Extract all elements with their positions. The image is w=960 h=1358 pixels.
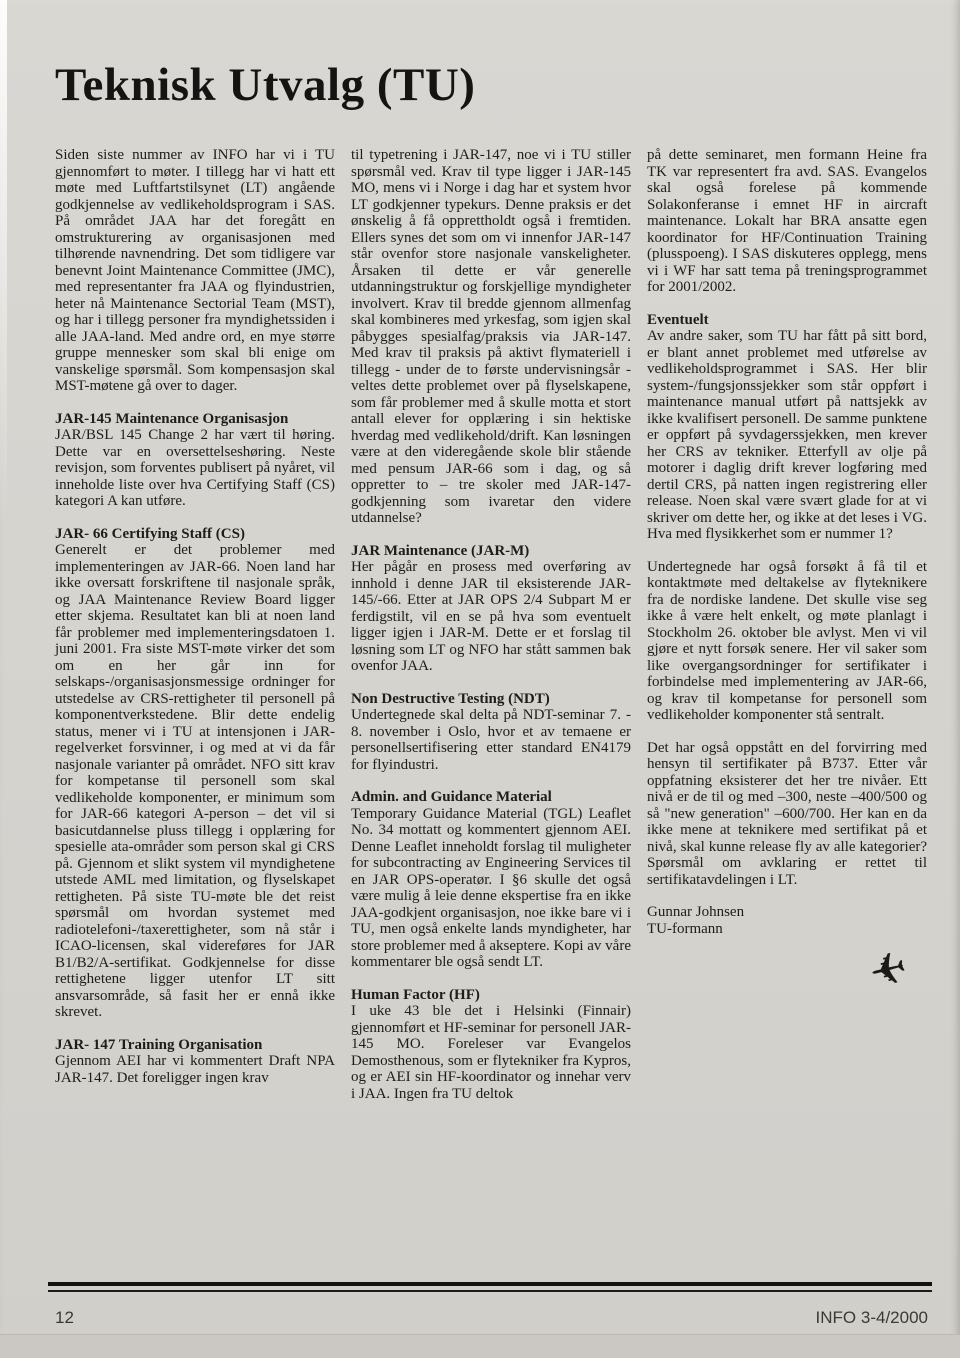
footer-rule (48, 1282, 932, 1292)
paragraph: Her pågår en prosess med overføring av i… (351, 559, 631, 675)
scanned-newsletter-page: Teknisk Utvalg (TU) Siden siste nummer a… (0, 0, 960, 1358)
footer: 12 INFO 3-4/2000 (55, 1308, 928, 1328)
section-heading: Human Factor (HF) (351, 987, 631, 1004)
section-heading: Non Destructive Testing (NDT) (351, 691, 631, 708)
paragraph: Siden siste nummer av INFO har vi i TU g… (55, 147, 335, 395)
page-number: 12 (55, 1308, 74, 1328)
issue-label: INFO 3-4/2000 (816, 1308, 928, 1328)
signature: Gunnar Johnsen TU-formann (647, 904, 927, 937)
column-2: til typetrening i JAR-147, noe vi i TU s… (351, 147, 631, 1102)
paragraph: Det har også oppstått en del forvirring … (647, 740, 927, 889)
paragraph: Generelt er det problemer med implemente… (55, 542, 335, 1021)
paragraph: Undertegnede skal delta på NDT-seminar 7… (351, 707, 631, 773)
airplane-icon: ✈ (865, 945, 911, 997)
section-heading: Admin. and Guidance Material (351, 789, 631, 806)
article-body: Siden siste nummer av INFO har vi i TU g… (55, 147, 928, 1102)
section-heading: JAR-145 Maintenance Organisasjon (55, 411, 335, 428)
paragraph: Av andre saker, som TU har fått på sitt … (647, 328, 927, 543)
paragraph: JAR/BSL 145 Change 2 har vært til høring… (55, 427, 335, 510)
section-heading: JAR Maintenance (JAR-M) (351, 543, 631, 560)
scan-edge-artifact (0, 0, 7, 520)
paragraph: til typetrening i JAR-147, noe vi i TU s… (351, 147, 631, 527)
section-heading: JAR- 66 Certifying Staff (CS) (55, 526, 335, 543)
page-title: Teknisk Utvalg (TU) (55, 58, 475, 112)
paragraph: Undertegnede har også forsøkt å få til e… (647, 559, 927, 724)
paragraph: på dette seminaret, men formann Heine fr… (647, 147, 927, 296)
airplane-illustration: ✈ (647, 949, 927, 993)
paragraph: I uke 43 ble det i Helsinki (Finnair) gj… (351, 1003, 631, 1102)
paragraph: Gjennom AEI har vi kommentert Draft NPA … (55, 1053, 335, 1086)
column-3: på dette seminaret, men formann Heine fr… (647, 147, 927, 1102)
section-heading: Eventuelt (647, 312, 927, 329)
section-heading: JAR- 147 Training Organisation (55, 1037, 335, 1054)
column-1: Siden siste nummer av INFO har vi i TU g… (55, 147, 335, 1102)
scan-edge-artifact-bottom (0, 1334, 960, 1358)
paragraph: Temporary Guidance Material (TGL) Leafle… (351, 806, 631, 971)
